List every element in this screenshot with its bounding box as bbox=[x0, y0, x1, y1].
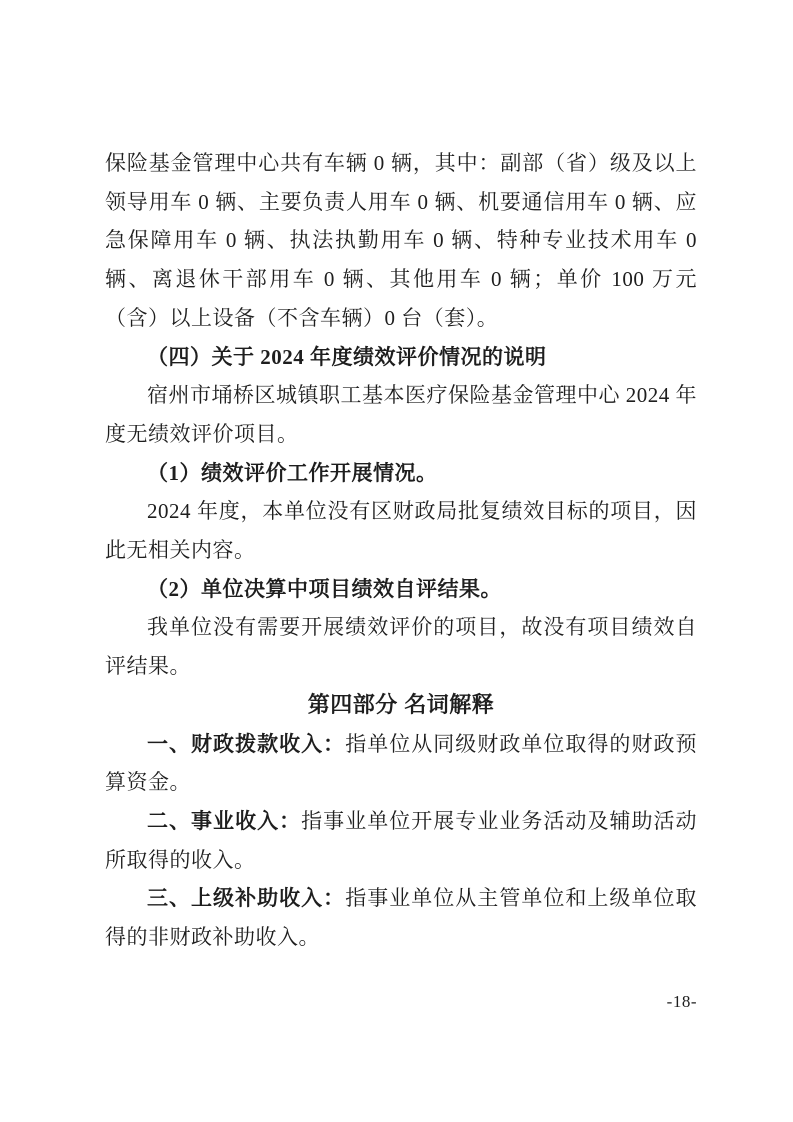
document-page: 保险基金管理中心共有车辆 0 辆，其中：副部（省）级及以上领导用车 0 辆、主要… bbox=[0, 0, 793, 1122]
paragraph-vehicle-counts: 保险基金管理中心共有车辆 0 辆，其中：副部（省）级及以上领导用车 0 辆、主要… bbox=[105, 144, 697, 338]
page-content: 保险基金管理中心共有车辆 0 辆，其中：副部（省）级及以上领导用车 0 辆、主要… bbox=[105, 144, 697, 957]
term-definition-superior-subsidy-income: 三、上级补助收入：指事业单位从主管单位和上级单位取得的非财政补助收入。 bbox=[105, 879, 697, 956]
paragraph-self-evaluation-results: 我单位没有需要开展绩效评价的项目，故没有项目绩效自评结果。 bbox=[105, 608, 697, 685]
paragraph-evaluation-work-status: 2024 年度，本单位没有区财政局批复绩效目标的项目，因此无相关内容。 bbox=[105, 492, 697, 569]
section-title-glossary: 第四部分 名词解释 bbox=[105, 686, 697, 725]
paragraph-no-evaluation-projects: 宿州市埇桥区城镇职工基本医疗保险基金管理中心 2024 年度无绩效评价项目。 bbox=[105, 376, 697, 453]
term-label: 二、事业收入： bbox=[147, 809, 301, 833]
page-number: -18- bbox=[105, 992, 697, 1012]
heading-performance-evaluation-note: （四）关于 2024 年度绩效评价情况的说明 bbox=[105, 338, 697, 377]
term-definition-fiscal-appropriation-income: 一、财政拨款收入：指单位从同级财政单位取得的财政预算资金。 bbox=[105, 725, 697, 802]
heading-evaluation-work-status: （1）绩效评价工作开展情况。 bbox=[105, 454, 697, 493]
heading-self-evaluation-results: （2）单位决算中项目绩效自评结果。 bbox=[105, 570, 697, 609]
term-label: 一、财政拨款收入： bbox=[147, 732, 345, 756]
term-label: 三、上级补助收入： bbox=[147, 886, 345, 910]
term-definition-business-income: 二、事业收入：指事业单位开展专业业务活动及辅助活动所取得的收入。 bbox=[105, 802, 697, 879]
